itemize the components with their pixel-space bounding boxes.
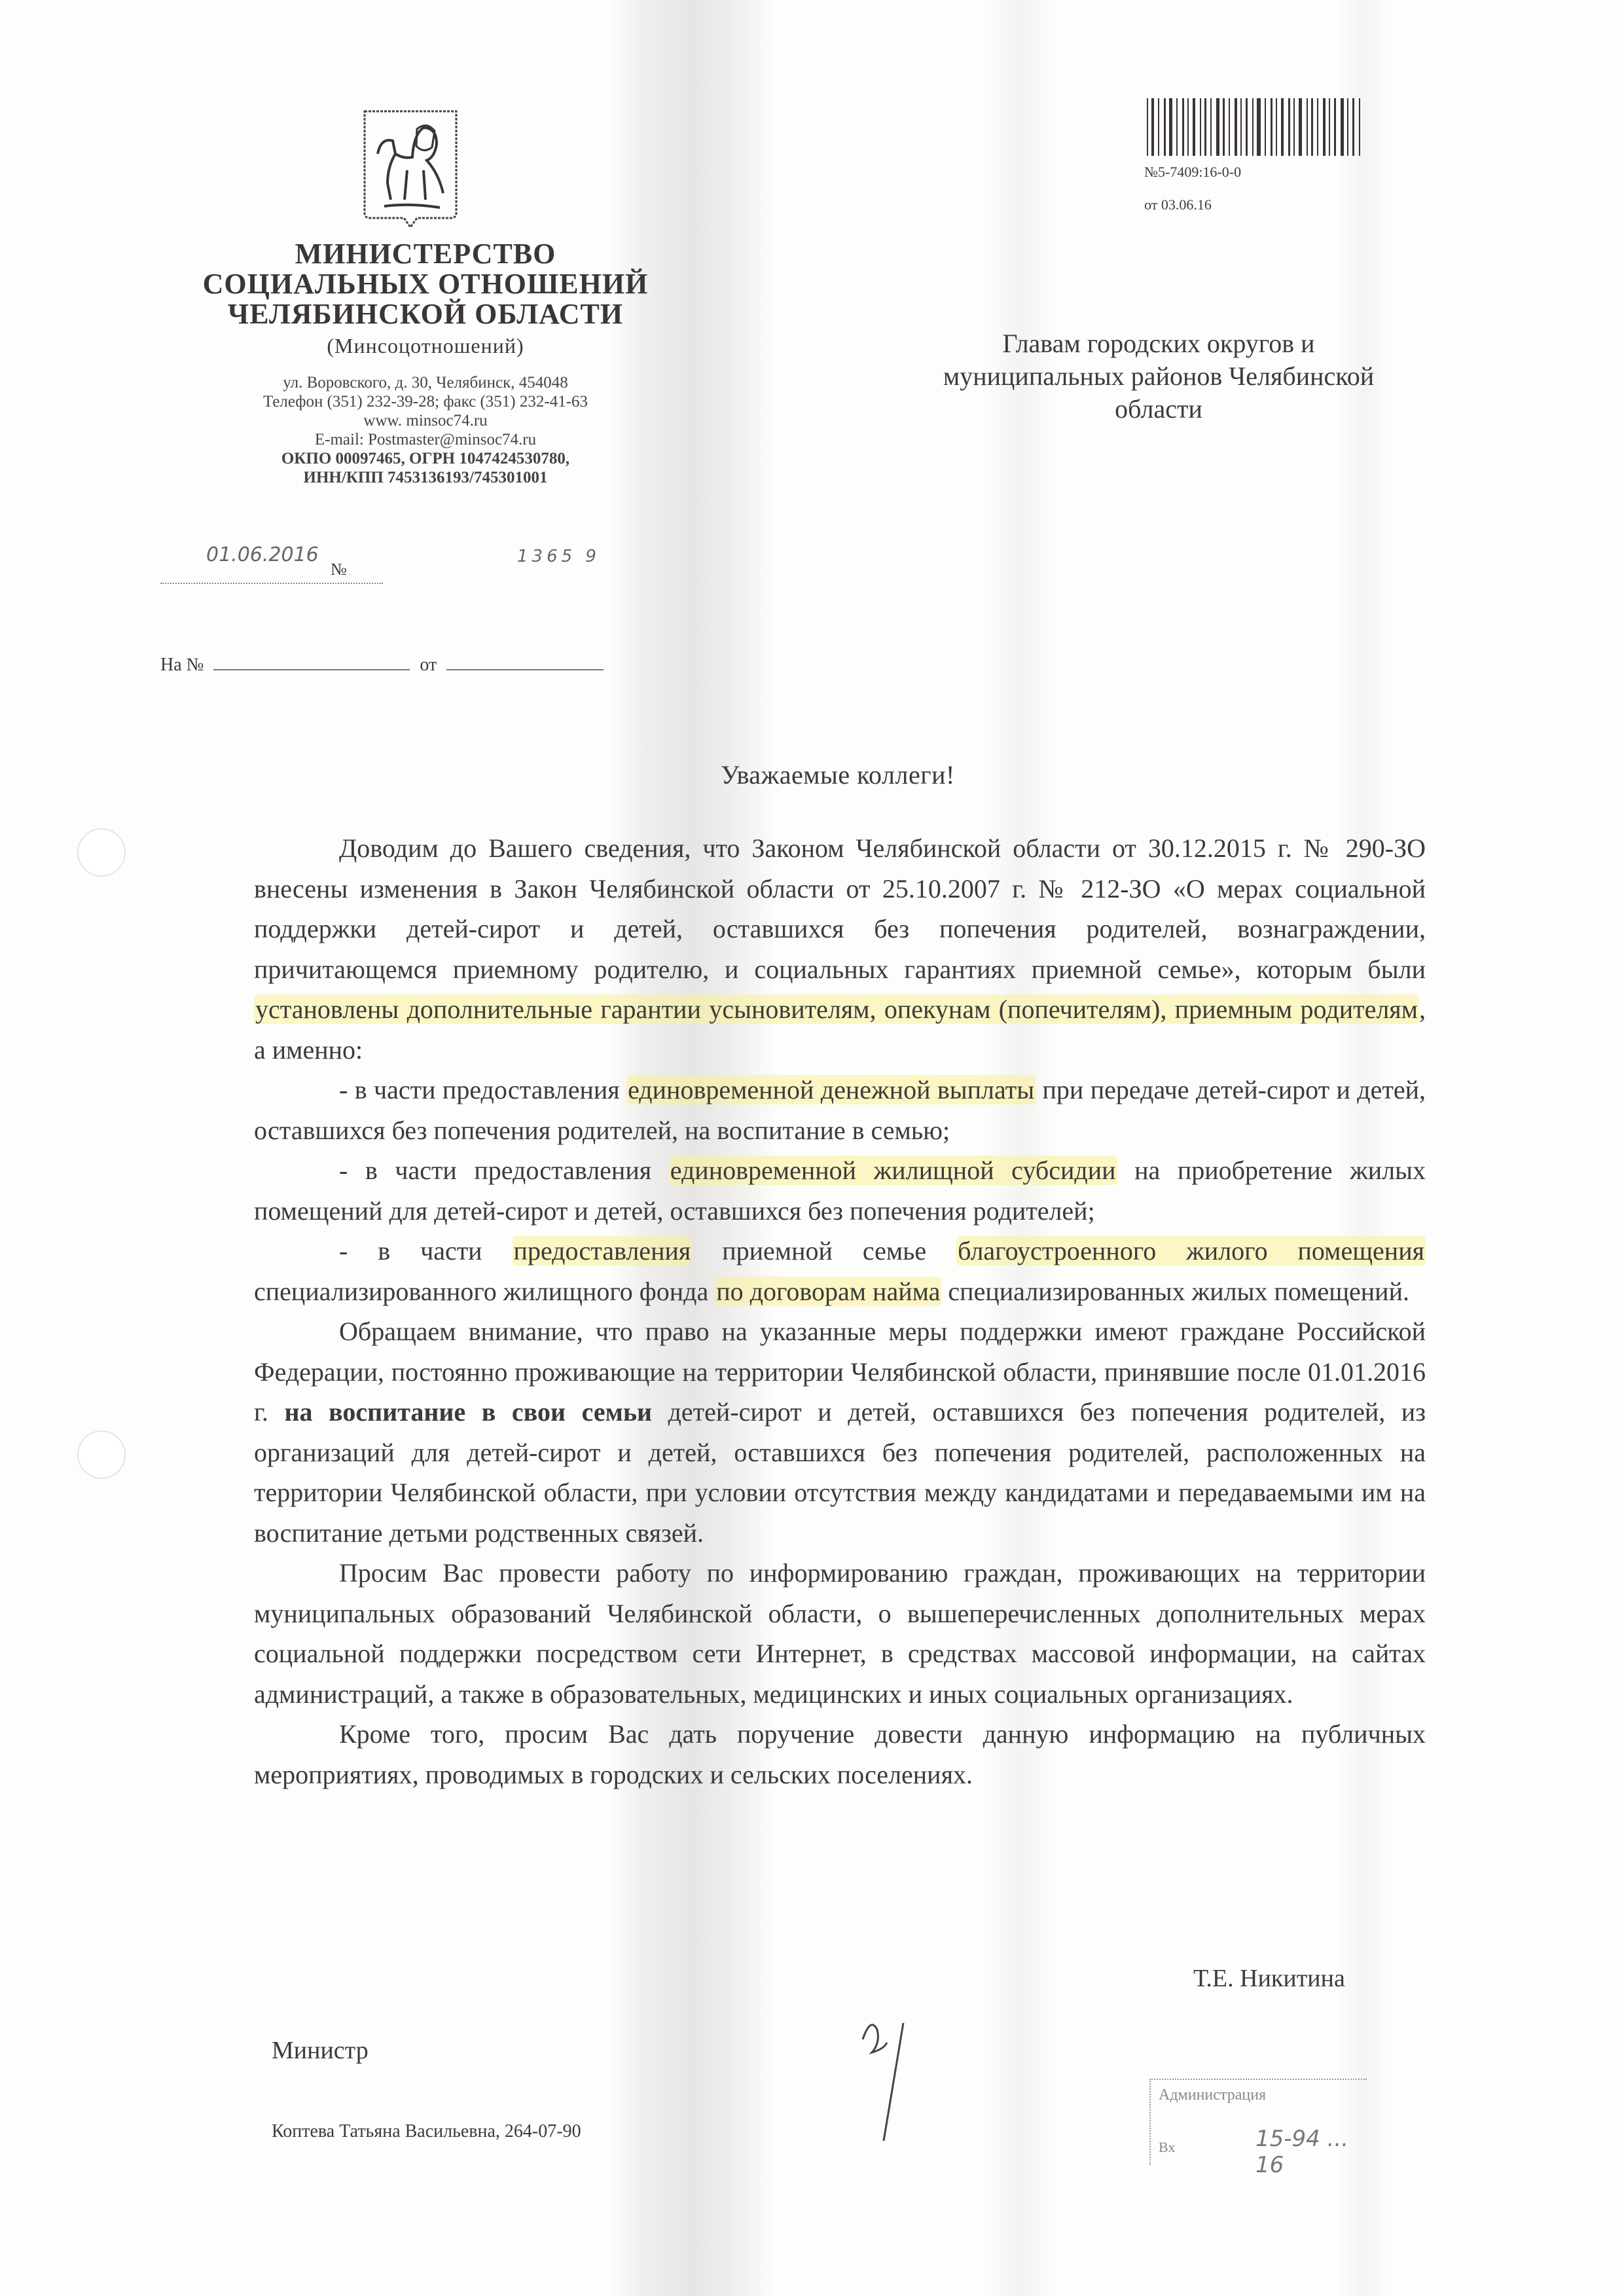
executor-contact: Коптева Татьяна Васильевна, 264-07-90 — [272, 2121, 581, 2142]
signature-icon — [857, 2013, 923, 2144]
org-inn-kpp: ИНН/КПП 7453136193/745301001 — [164, 468, 687, 487]
paragraph-eligibility: Обращаем внимание, что право на указанны… — [254, 1311, 1426, 1553]
outgoing-number: 1365 9 — [517, 547, 600, 566]
stamp-number: 15-94 ... 16 — [1255, 2126, 1367, 2178]
list-item: - в части предоставления единовременной … — [254, 1070, 1426, 1150]
text: Доводим до Вашего сведения, что Законом … — [254, 833, 1426, 984]
org-email: E-mail: Postmaster@minsoc74.ru — [164, 430, 687, 449]
text: - в части предоставления — [339, 1156, 669, 1185]
signatory-title: Министр — [272, 2036, 369, 2065]
addressee-line: муниципальных районов Челябинской — [864, 360, 1453, 393]
barcode-number: №5-7409:16-0-0 — [1144, 164, 1241, 181]
addressee-line: Главам городских округов и — [864, 327, 1453, 360]
org-contacts: ул. Воровского, д. 30, Челябинск, 454048… — [164, 373, 687, 487]
highlighted-text: предоставления — [513, 1236, 693, 1266]
org-address: ул. Воровского, д. 30, Челябинск, 454048 — [164, 373, 687, 392]
text: специализированного жилищного фонда — [254, 1277, 715, 1306]
org-phone: Телефон (351) 232-39-28; факс (351) 232-… — [164, 392, 687, 411]
outgoing-date: 01.06.2016 — [206, 543, 319, 566]
addressee-line: области — [864, 393, 1453, 426]
bold-text: на воспитание в свои семьи — [284, 1397, 652, 1427]
org-name-line: ЧЕЛЯБИНСКОЙ ОБЛАСТИ — [164, 299, 687, 329]
barcode — [1147, 98, 1392, 156]
reply-number-line — [213, 666, 410, 670]
reply-to-label: На № — [160, 655, 204, 675]
highlighted-text: по договорам найма — [715, 1277, 941, 1306]
highlighted-text: установлены дополнительные гарантии усын… — [254, 994, 1419, 1024]
salutation: Уважаемые коллеги! — [249, 759, 1427, 790]
text: - в части предоставления — [339, 1075, 626, 1104]
org-name-line: МИНИСТЕРСТВО — [164, 239, 687, 269]
punch-hole — [77, 828, 126, 877]
stamp-label: Вх — [1159, 2139, 1175, 2156]
highlighted-text: единовременной денежной выплаты — [626, 1075, 1036, 1104]
paragraph-additional: Кроме того, просим Вас дать поручение до… — [254, 1714, 1426, 1795]
highlighted-text: единовременной жилищной субсидии — [669, 1156, 1117, 1185]
paragraph-request: Просим Вас провести работу по информиров… — [254, 1553, 1426, 1714]
letter-body: Доводим до Вашего сведения, что Законом … — [254, 828, 1426, 1795]
org-website: www. minsoc74.ru — [164, 411, 687, 430]
coat-of-arms-icon — [361, 108, 460, 229]
outgoing-number-label: № — [331, 560, 347, 579]
text: приемной семье — [692, 1236, 956, 1266]
addressee: Главам городских округов и муниципальных… — [864, 327, 1453, 426]
list-item: - в части предоставления единовременной … — [254, 1150, 1426, 1231]
reply-from-label: от — [420, 655, 437, 675]
signatory-name: Т.Е. Никитина — [1193, 1964, 1345, 1993]
org-short-name: (Минсоцотношений) — [164, 334, 687, 358]
list-item: - в части предоставления приемной семье … — [254, 1231, 1426, 1311]
punch-hole — [77, 1430, 126, 1479]
org-name: МИНИСТЕРСТВО СОЦИАЛЬНЫХ ОТНОШЕНИЙ ЧЕЛЯБИ… — [164, 239, 687, 329]
reply-reference: На № от — [160, 655, 604, 676]
org-name-line: СОЦИАЛЬНЫХ ОТНОШЕНИЙ — [164, 269, 687, 299]
reply-date-line — [446, 666, 604, 670]
stamp-org: Администрация — [1159, 2086, 1266, 2104]
barcode-date: от 03.06.16 — [1144, 196, 1212, 213]
incoming-stamp: Администрация Вх 15-94 ... 16 — [1149, 2079, 1367, 2165]
paragraph-intro: Доводим до Вашего сведения, что Законом … — [254, 828, 1426, 1070]
highlighted-text: благоустроенного жилого помещения — [956, 1236, 1426, 1266]
text: специализированных жилых помещений. — [941, 1277, 1409, 1306]
org-okpo-ogrn: ОКПО 00097465, ОГРН 1047424530780, — [164, 449, 687, 468]
text: - в части — [339, 1236, 513, 1266]
date-underline — [160, 583, 383, 584]
